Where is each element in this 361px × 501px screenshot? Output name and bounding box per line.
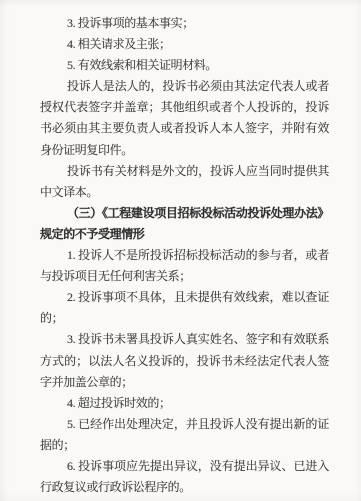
item-missing-signature: 3. 投诉书未署具投诉人真实姓名、签字和有效联系方式的；以法人名义投诉的，投诉书… [40,329,329,392]
item-evidence-materials: 5. 有效线索和相关证明材料。 [40,55,329,76]
item-not-participant: 1. 投诉人不是所投诉招标投标活动的参与者，或者与投诉项目无任何利害关系； [40,245,329,287]
para-legal-person-signature: 投诉人是法人的，投诉书必须由其法定代表人或者授权代表签字并盖章；其他组织或者个人… [40,76,329,160]
item-objection-required-first: 6. 投诉事项应先提出异议，没有提出异议、已进入行政复议或行政诉讼程序的。 [40,456,329,498]
item-basic-facts: 3. 投诉事项的基本事实； [40,13,329,34]
section-heading-rejection-cases: （三）《工程建设项目招标投标活动投诉处理办法》规定的不予受理情形 [40,203,329,245]
item-time-limit-exceeded: 4. 超过投诉时效的； [40,393,329,414]
para-foreign-language-version: 投诉书有关材料是外文的，投诉人应当同时提供其中文译本。 [40,161,329,203]
item-claims: 4. 相关请求及主张； [40,34,329,55]
item-decision-already-made: 5. 已经作出处理决定，并且投诉人没有提出新的证据的； [40,414,329,456]
document-page: 3. 投诉事项的基本事实； 4. 相关请求及主张； 5. 有效线索和相关证明材料… [0,0,361,501]
item-not-specific: 2. 投诉事项不具体，且未提供有效线索，难以查证的； [40,287,329,329]
